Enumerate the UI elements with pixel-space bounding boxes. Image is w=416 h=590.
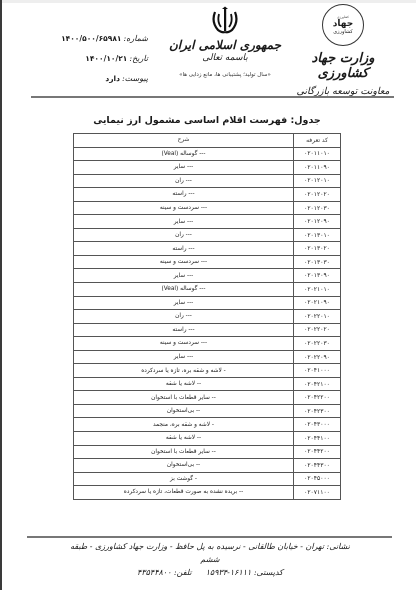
item-description: - گوشت بز: [74, 472, 294, 486]
tariff-code: ۰۲۰۲۲۰۲۰: [294, 323, 341, 337]
tariff-code: ۰۲۰۴۳۰۰۰: [294, 418, 341, 432]
table-row: ۰۲۰۷۱۱۰۰-- بریده نشده به صورت قطعات، تاز…: [74, 486, 341, 500]
tariff-code: ۰۲۰۱۱۰۹۰: [294, 161, 341, 175]
tariff-code: ۰۲۰۴۲۲۰۰: [294, 391, 341, 405]
tariff-code: ۰۲۰۷۱۱۰۰: [294, 486, 341, 500]
item-description: --- ران: [74, 228, 294, 242]
tariff-code: ۰۲۰۴۲۳۰۰: [294, 404, 341, 418]
tariff-code: ۰۲۰۲۲۰۹۰: [294, 350, 341, 364]
footer-divider: [27, 536, 392, 538]
tariff-code: ۰۲۰۴۵۰۰۰: [294, 472, 341, 486]
footer-address: نشانی: تهران - خیابان طالقانی - نرسیده ب…: [60, 540, 360, 566]
table-row: ۰۲۰۴۴۲۰۰-- سایر قطعات با استخوان: [74, 445, 341, 459]
item-description: -- بی‌استخوان: [74, 459, 294, 473]
logo-main-text: جهاد: [333, 19, 353, 29]
tariff-code: ۰۲۰۴۴۱۰۰: [294, 432, 341, 446]
item-description: --- سردست و سینه: [74, 201, 294, 215]
tariff-code: ۰۲۰۱۱۰۱۰: [294, 147, 341, 161]
table-header-row: کد تعرفه شرح: [74, 134, 341, 148]
table-row: ۰۲۰۴۴۳۰۰-- بی‌استخوان: [74, 459, 341, 473]
item-description: --- راسته: [74, 242, 294, 256]
tariff-code: ۰۲۰۴۲۱۰۰: [294, 377, 341, 391]
table-row: ۰۲۰۱۲۰۳۰--- سردست و سینه: [74, 201, 341, 215]
table-row: ۰۲۰۱۱۰۹۰--- سایر: [74, 161, 341, 175]
footer-contact: کدپستی: ۱۶۱۱۱-۱۵۹۳۴ تلفن: ۴۳۵۴۴۸۰۰: [60, 566, 360, 579]
table-row: ۰۲۰۱۳۰۱۰--- ران: [74, 228, 341, 242]
item-description: --- ران: [74, 310, 294, 324]
table-row: ۰۲۰۴۱۰۰۰- لاشه و شقه بره، تازه یا سردکرد…: [74, 364, 341, 378]
republic-title: جمهوری اسلامی ایران: [165, 38, 285, 52]
item-description: - لاشه و شقه بره، منجمد: [74, 418, 294, 432]
tariff-code: ۰۲۰۱۲۰۹۰: [294, 215, 341, 229]
item-description: --- سایر: [74, 350, 294, 364]
attachment-value: دارد: [105, 74, 120, 83]
number-value: ۱۴۰۰/۵۰۰/۶۵۹۸۱: [61, 34, 121, 43]
table-row: ۰۲۰۴۳۰۰۰- لاشه و شقه بره، منجمد: [74, 418, 341, 432]
item-description: --- راسته: [74, 323, 294, 337]
table-row: ۰۲۰۴۲۲۰۰-- سایر قطعات با استخوان: [74, 391, 341, 405]
item-description: --- سردست و سینه: [74, 337, 294, 351]
number-label: شماره:: [123, 34, 148, 43]
ministry-name: وزارت جهاد کشاورزی: [288, 51, 398, 81]
tariff-code: ۰۲۰۲۱۰۹۰: [294, 296, 341, 310]
table-title: جدول: فهرست اقلام اساسی مشمول ارز نیمایی: [73, 115, 341, 126]
item-description: -- بریده نشده به صورت قطعات، تازه یا سرد…: [74, 486, 294, 500]
tariff-code: ۰۲۰۴۴۳۰۰: [294, 459, 341, 473]
item-description: --- سایر: [74, 215, 294, 229]
table-row: ۰۲۰۲۱۰۱۰--- گوساله (Veal): [74, 283, 341, 297]
tariff-code: ۰۲۰۱۲۰۱۰: [294, 174, 341, 188]
iran-emblem-icon: [210, 6, 240, 36]
footer: نشانی: تهران - خیابان طالقانی - نرسیده ب…: [60, 540, 360, 579]
letter-metadata: شماره: ۱۴۰۰/۵۰۰/۶۵۹۸۱ تاریخ: ۱۴۰۰/۱۰/۲۱ …: [48, 34, 148, 94]
item-description: -- سایر قطعات با استخوان: [74, 445, 294, 459]
date-value: ۱۴۰۰/۱۰/۲۱: [85, 54, 127, 63]
table-row: ۰۲۰۱۳۰۳۰--- سردست و سینه: [74, 255, 341, 269]
item-description: --- راسته: [74, 188, 294, 202]
item-description: -- لاشه یا شقه: [74, 432, 294, 446]
letter-attachment-row: پیوست: دارد: [48, 74, 148, 94]
table-row: ۰۲۰۴۲۳۰۰-- بی‌استخوان: [74, 404, 341, 418]
table-row: ۰۲۰۲۲۰۱۰--- ران: [74, 310, 341, 324]
date-label: تاریخ:: [129, 54, 148, 63]
item-description: - لاشه و شقه بره، تازه یا سردکرده: [74, 364, 294, 378]
table-row: ۰۲۰۱۳۰۲۰--- راسته: [74, 242, 341, 256]
column-header-code: کد تعرفه: [294, 134, 341, 148]
tariff-code: ۰۲۰۲۱۰۱۰: [294, 283, 341, 297]
header-divider: [31, 96, 394, 98]
item-description: -- سایر قطعات با استخوان: [74, 391, 294, 405]
attachment-label: پیوست:: [122, 74, 148, 83]
table-row: ۰۲۰۱۲۰۲۰--- راسته: [74, 188, 341, 202]
letter-number-row: شماره: ۱۴۰۰/۵۰۰/۶۵۹۸۱: [48, 34, 148, 54]
logo-sub-text: کشاورزی: [333, 29, 353, 35]
tariff-code: ۰۲۰۱۲۰۳۰: [294, 201, 341, 215]
table-row: ۰۲۰۴۵۰۰۰- گوشت بز: [74, 472, 341, 486]
jahad-logo-icon: کشاورزی جهاد کشاورزی: [322, 4, 364, 46]
table-row: ۰۲۰۲۲۰۲۰--- راسته: [74, 323, 341, 337]
item-description: --- سایر: [74, 269, 294, 283]
item-description: --- سایر: [74, 296, 294, 310]
tariff-code: ۰۲۰۱۳۰۹۰: [294, 269, 341, 283]
item-description: -- لاشه یا شقه: [74, 377, 294, 391]
tariff-code: ۰۲۰۱۳۰۱۰: [294, 228, 341, 242]
tariff-code: ۰۲۰۴۱۰۰۰: [294, 364, 341, 378]
tariff-code: ۰۲۰۴۴۲۰۰: [294, 445, 341, 459]
page-top-shade: [2, 0, 416, 3]
tariff-code: ۰۲۰۲۲۰۳۰: [294, 337, 341, 351]
column-header-description: شرح: [74, 134, 294, 148]
footer-phone: تلفن: ۴۳۵۴۴۸۰۰: [137, 566, 192, 579]
tariff-code: ۰۲۰۱۲۰۲۰: [294, 188, 341, 202]
table-row: ۰۲۰۲۱۰۹۰--- سایر: [74, 296, 341, 310]
tariff-code: ۰۲۰۱۳۰۳۰: [294, 255, 341, 269]
letter-date-row: تاریخ: ۱۴۰۰/۱۰/۲۱: [48, 54, 148, 74]
item-description: --- سایر: [74, 161, 294, 175]
item-description: --- ران: [74, 174, 294, 188]
tariff-table: کد تعرفه شرح ۰۲۰۱۱۰۱۰--- گوساله (Veal) ۰…: [73, 133, 341, 500]
item-description: --- گوساله (Veal): [74, 283, 294, 297]
tariff-code: ۰۲۰۱۳۰۲۰: [294, 242, 341, 256]
page-left-border: [0, 0, 2, 590]
republic-header: جمهوری اسلامی ایران باسمه تعالی «سال تول…: [165, 6, 285, 78]
table-row: ۰۲۰۴۴۱۰۰-- لاشه یا شقه: [74, 432, 341, 446]
table-row: ۰۲۰۴۲۱۰۰-- لاشه یا شقه: [74, 377, 341, 391]
table-row: ۰۲۰۱۳۰۹۰--- سایر: [74, 269, 341, 283]
table-row: ۰۲۰۱۲۰۹۰--- سایر: [74, 215, 341, 229]
item-description: --- سردست و سینه: [74, 255, 294, 269]
table-row: ۰۲۰۲۲۰۳۰--- سردست و سینه: [74, 337, 341, 351]
bismillah-text: باسمه تعالی: [165, 52, 285, 64]
item-description: -- بی‌استخوان: [74, 404, 294, 418]
item-description: --- گوساله (Veal): [74, 147, 294, 161]
tariff-code: ۰۲۰۲۲۰۱۰: [294, 310, 341, 324]
table-row: ۰۲۰۱۲۰۱۰--- ران: [74, 174, 341, 188]
table-row: ۰۲۰۲۲۰۹۰--- سایر: [74, 350, 341, 364]
ministry-header: کشاورزی جهاد کشاورزی وزارت جهاد کشاورزی …: [288, 4, 398, 97]
year-slogan: «سال تولید؛ پشتیبانی ها، مانع زدایی ها»: [165, 72, 285, 78]
table-row: ۰۲۰۱۱۰۱۰--- گوساله (Veal): [74, 147, 341, 161]
footer-postal-code: کدپستی: ۱۶۱۱۱-۱۵۹۳۴: [206, 566, 283, 579]
